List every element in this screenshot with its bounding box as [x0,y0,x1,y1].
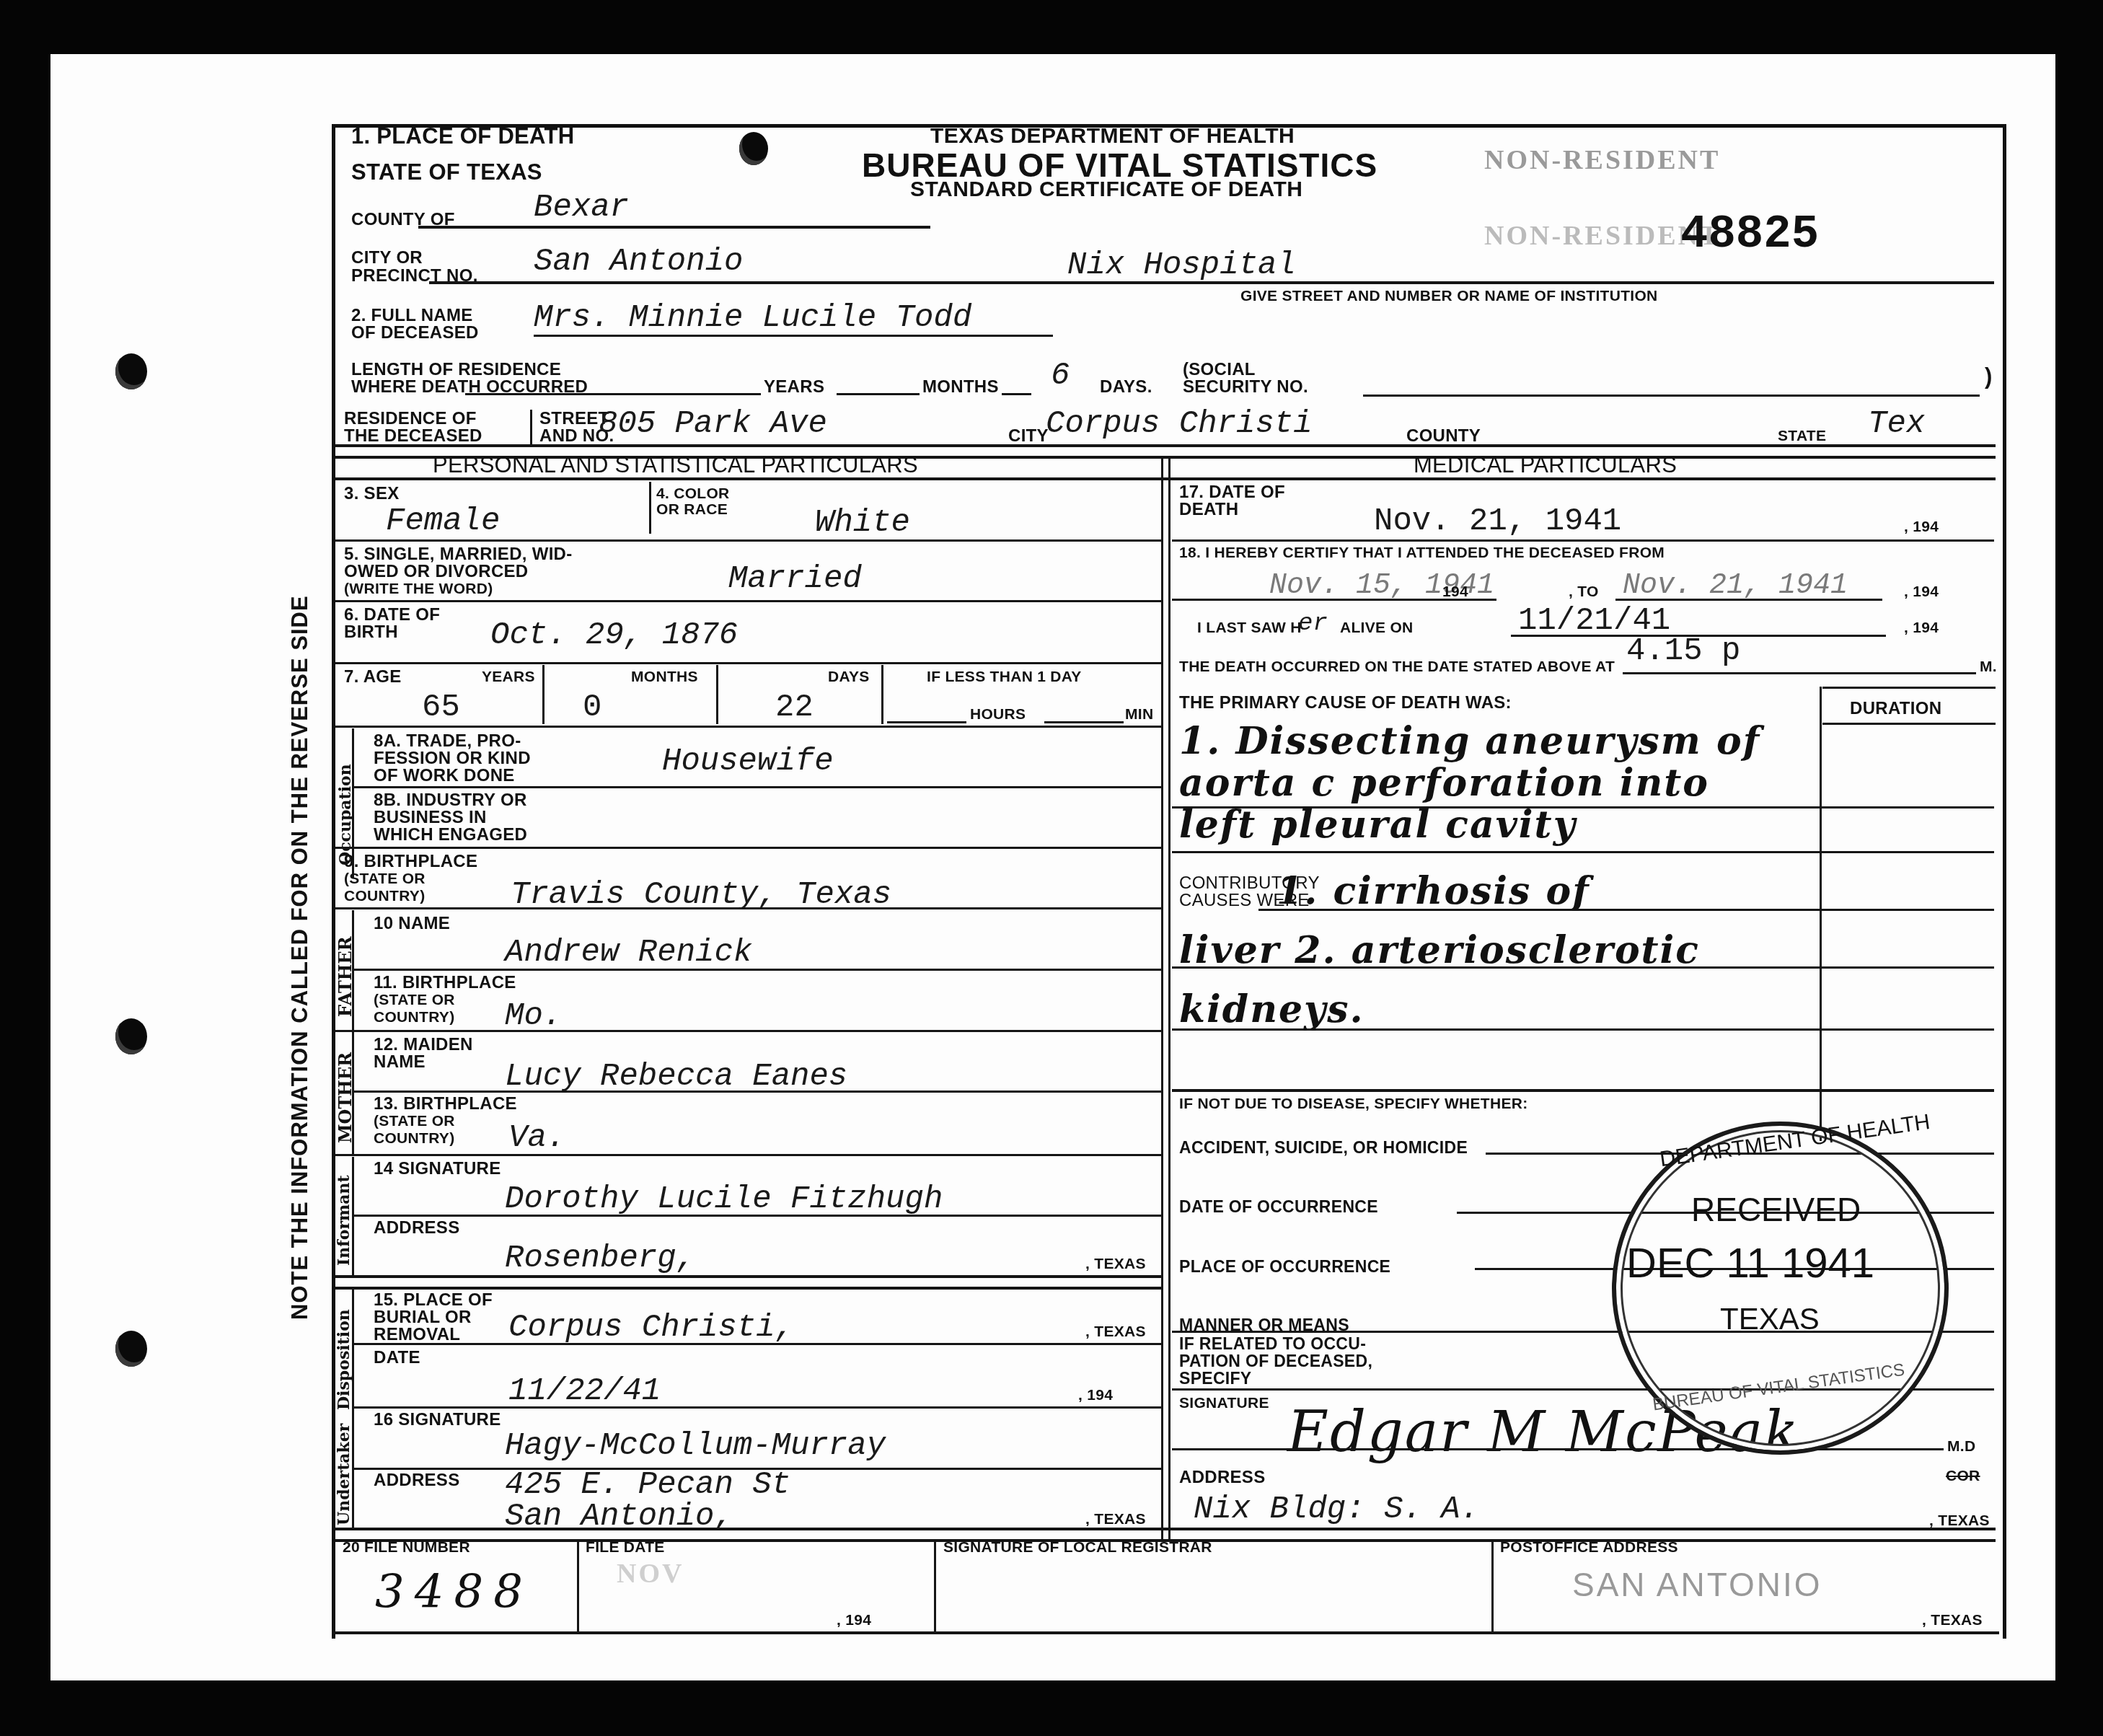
occupation-related-3: specify [1179,1370,1252,1386]
primary-cause-line-1: 1. Dissecting aneurysm of [1179,721,1760,762]
informant-signature-value: Dorothy Lucile Fitzhugh [505,1183,943,1216]
race-label-2: or Race [656,502,728,518]
full-name-value: Mrs. Minnie Lucile Todd [534,301,971,335]
trade-value: Housewife [662,745,834,778]
mother-birthplace-label-3: Country) [374,1131,454,1147]
hours-label: Hours [970,707,1026,723]
ssn-label-2: Security No. [1183,378,1308,396]
non-resident-stamp: NON-RESIDENT [1484,144,1720,176]
file-number-label: 20 File Number [343,1540,470,1556]
birthplace-label-3: Country) [344,889,425,904]
informant-texas: , TEXAS [1085,1256,1146,1272]
age-less-label: If less than 1 day [927,669,1082,685]
age-months-value: 0 [583,691,601,724]
postoffice-texas: , TEXAS [1922,1613,1983,1629]
registrar-label: Signature of Local Registrar [943,1540,1212,1556]
medical-section-title: MEDICAL PARTICULARS [1414,453,1677,477]
industry-label-1: 8B. Industry or [374,791,527,809]
father-birthplace-value: Mo. [505,1000,562,1033]
file-number-value: 3488 [375,1572,533,1613]
marital-label-1: 5. Single, Married, Wid- [344,545,573,563]
cor-label: COR [1946,1468,1980,1484]
marital-value: Married [728,563,862,596]
father-name-label: 10 Name [374,915,450,933]
sex-value: Female [386,505,500,538]
time-label: The death occurred on the date stated ab… [1179,659,1615,675]
burial-label-1: 15. Place of [374,1291,493,1309]
physician-address-label: Address [1179,1468,1265,1486]
occupation-side-label: Occupation [336,764,355,865]
contributory-line-3: kidneys. [1179,990,1364,1030]
occurrence-place-label: Place of occurrence [1179,1259,1390,1274]
age-label: 7. Age [344,668,402,686]
md-label: M.D [1947,1439,1975,1455]
residence-city-label: City [1008,427,1049,445]
burial-label-3: Removal [374,1326,460,1344]
residence-months-value: 6 [1051,359,1070,392]
primary-cause-line-2: aorta c perforation into [1179,763,1709,803]
father-birthplace-label-2: (State or [374,992,455,1008]
marital-label-2: owed or Divorced [344,563,528,581]
marital-label-3: (Write the word) [344,581,493,597]
last-saw-label-2: alive on [1340,620,1414,636]
mother-name-value: Lucy Rebecca Eanes [505,1060,847,1093]
burial-label-2: Burial or [374,1308,472,1326]
seal-state: TEXAS [1720,1302,1820,1336]
dod-label-1: 17. Date of [1179,483,1285,501]
punch-hole [115,1018,147,1054]
file-date-value: NOV [617,1558,684,1590]
to-label: , to [1569,584,1599,600]
ssn-label-1: (Social [1183,361,1256,379]
file-date-suffix: , 194 [837,1613,871,1629]
mother-birthplace-label-2: (State or [374,1114,455,1129]
age-months-label: Months [631,669,698,685]
place-of-death-label: 1. Place of Death [351,124,574,148]
postoffice-value: SAN ANTONIO [1572,1565,1822,1604]
years-label: Years [761,378,827,396]
time-suffix: M. [1980,659,1997,675]
undertaker-signature-label: 16 Signature [374,1411,501,1429]
dod-year-suffix: , 194 [1904,519,1939,535]
contributory-line-2: liver 2. arteriosclerotic [1179,930,1700,971]
father-name-value: Andrew Renick [505,936,752,969]
industry-label-3: Which Engaged [374,826,527,844]
punch-hole [115,1331,147,1367]
burial-date-value: 11/22/41 [508,1375,661,1408]
race-label-1: 4. Color [656,486,730,502]
residence-state-value: Tex [1868,407,1925,441]
file-date-label: File Date [586,1540,665,1556]
certificate-number: 48825 [1680,209,1819,261]
residence-length-label-1: Length of Residence [351,361,561,379]
undertaker-texas: , TEXAS [1085,1512,1146,1528]
undertaker-address-label: Address [374,1471,459,1489]
undertaker-side-label: Undertaker [335,1424,353,1525]
seal-date: DEC 11 1941 [1626,1239,1874,1287]
days-label: Days. [1100,378,1152,396]
time-value: 4.15 p [1626,635,1740,668]
age-years-value: 65 [422,691,460,724]
last-saw-her: er [1298,607,1328,640]
industry-label-2: Business in [374,808,487,827]
residence-label-1: Residence of [344,410,477,428]
birthplace-label-1: 9. Birthplace [344,852,477,871]
age-days-value: 22 [775,691,814,724]
informant-address-label: Address [374,1219,459,1237]
dob-label-2: Birth [344,623,398,641]
sex-label: 3. Sex [344,485,400,503]
punch-hole [115,353,147,389]
mother-name-label-1: 12. Maiden [374,1036,473,1054]
form-title: STANDARD CERTIFICATE OF DEATH [910,177,1302,202]
full-name-label-1: 2. Full Name [351,307,473,325]
primary-cause-label: The primary cause of death was: [1179,694,1512,712]
mother-birthplace-value: Va. [508,1122,565,1155]
informant-side-label: Informant [335,1175,353,1266]
trade-label-3: of Work Done [374,767,515,785]
informant-signature-label: 14 Signature [374,1160,501,1178]
physician-signature-label: Signature [1179,1396,1269,1411]
certify-label: 18. I hereby certify that I attended the… [1179,545,1665,561]
physician-texas: , TEXAS [1929,1513,1990,1529]
state-label: State of Texas [351,160,542,184]
seal-received: RECEIVED [1691,1190,1861,1229]
residence-city-value: Corpus Christi [1046,407,1313,441]
min-label: Min [1125,707,1153,723]
postoffice-label: Postoffice Address [1500,1540,1678,1556]
mother-name-label-2: Name [374,1053,426,1071]
burial-date-label: Date [374,1349,420,1367]
institution-value: Nix Hospital [1067,249,1296,282]
race-value: White [815,506,910,539]
father-birthplace-label-3: Country) [374,1010,454,1026]
not-disease-label: If not due to disease, specify whether: [1179,1096,1527,1112]
trade-label-1: 8A. Trade, Pro- [374,732,521,750]
dept-title: TEXAS DEPARTMENT OF HEALTH [930,124,1295,149]
last-saw-label-1: I last saw h [1197,620,1302,636]
primary-cause-line-3: left pleural cavity [1179,805,1577,845]
undertaker-address-line1: 425 E. Pecan St [505,1468,790,1502]
disposition-side-label: Disposition [335,1309,353,1410]
occurrence-date-label: Date of occurrence [1179,1199,1378,1215]
burial-texas: , TEXAS [1085,1324,1146,1340]
residence-state-label: State [1778,428,1826,444]
burial-value: Corpus Christi, [508,1311,794,1344]
dob-label-1: 6. Date of [344,606,440,624]
age-days-label: Days [828,669,870,685]
full-name-label-2: of Deceased [351,324,479,342]
institution-hint: Give street and number or name of instit… [1240,288,1658,304]
residence-county-label: County [1406,427,1481,445]
county-value: Bexar [534,191,629,224]
contributory-line-1: 1. cirrhosis of [1277,871,1590,912]
dob-value: Oct. 29, 1876 [490,619,738,652]
city-value: San Antonio [534,245,743,278]
city-label-1: City or [351,249,423,267]
dod-label-2: Death [1179,501,1238,519]
occupation-related-1: If related to occu- [1179,1336,1366,1352]
father-side-label: FATHER [335,936,356,1017]
mother-side-label: MOTHER [335,1052,356,1143]
dod-value: Nov. 21, 1941 [1374,505,1621,538]
age-years-label: Years [482,669,535,685]
father-birthplace-label-1: 11. Birthplace [374,974,516,992]
mother-birthplace-label-1: 13. Birthplace [374,1095,517,1113]
informant-address-value: Rosenberg, [505,1242,695,1275]
occupation-related-2: pation of deceased, [1179,1353,1372,1369]
margin-note: NOTE THE INFORMATION CALLED FOR ON THE R… [287,595,313,1320]
burial-year-suffix: , 194 [1078,1388,1113,1404]
physician-address-value: Nix Bldg: S. A. [1194,1493,1479,1526]
duration-label: Duration [1850,700,1941,718]
undertaker-signature-value: Hagy-McCollum-Murray [505,1429,886,1463]
birthplace-label-2: (State or [344,871,426,887]
trade-label-2: fession or Kind [374,749,531,767]
residence-label-2: the Deceased [344,427,482,445]
months-label: Months [920,378,1002,396]
street-value: 805 Park Ave [599,407,827,441]
accident-label: Accident, suicide, or homicide [1179,1140,1468,1155]
personal-section-title: PERSONAL AND STATISTICAL PARTICULARS [433,453,918,477]
